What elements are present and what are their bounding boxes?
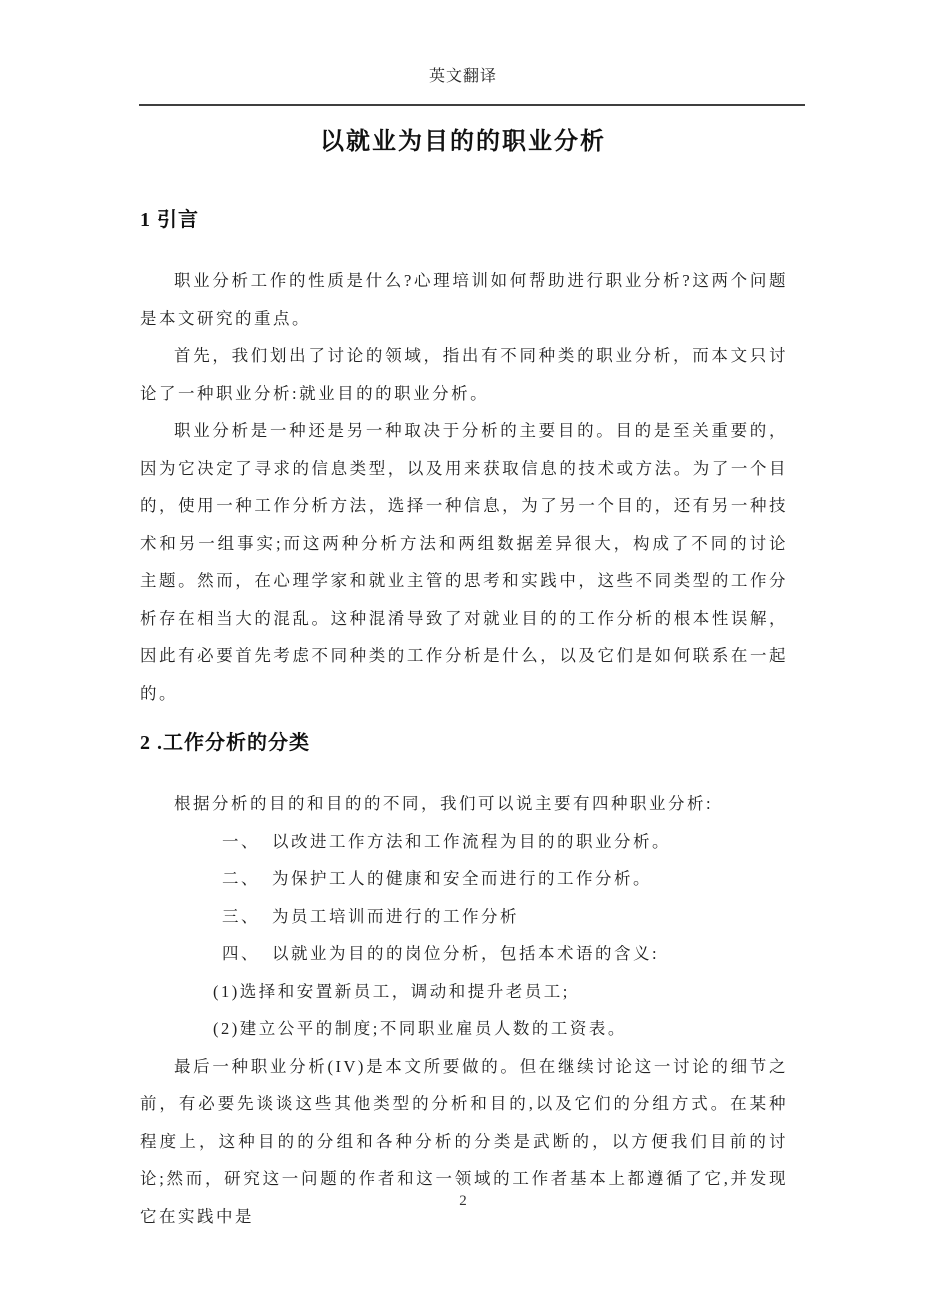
section-introduction: 1 引言 职业分析工作的性质是什么?心理培训如何帮助进行职业分析?这两个问题是本… <box>140 205 788 712</box>
paragraph-1: 职业分析工作的性质是什么?心理培训如何帮助进行职业分析?这两个问题是本文研究的重… <box>140 262 788 337</box>
paragraph-3: 职业分析是一种还是另一种取决于分析的主要目的。目的是至关重要的，因为它决定了寻求… <box>140 412 788 712</box>
list-item-3: 三、 为员工培训而进行的工作分析 <box>222 898 788 936</box>
list-text: 为员工培训而进行的工作分析 <box>272 898 788 936</box>
list-text: 以就业为目的的岗位分析，包括本术语的含义: <box>272 935 788 973</box>
sub-list-text: 选择和安置新员工，调动和提升老员工; <box>240 982 570 1001</box>
list-marker: 三、 <box>222 898 272 936</box>
paragraph-4: 根据分析的目的和目的的不同，我们可以说主要有四种职业分析: <box>140 785 788 823</box>
list-marker: 一、 <box>222 823 272 861</box>
paragraph-2: 首先，我们划出了讨论的领域，指出有不同种类的职业分析，而本文只讨论了一种职业分析… <box>140 337 788 412</box>
section-2-heading: 2 .工作分析的分类 <box>140 728 788 758</box>
sub-list-marker: (2) <box>213 1019 240 1038</box>
header-text: 英文翻译 <box>429 68 497 85</box>
header-divider <box>139 104 805 106</box>
document-page: 英文翻译 以就业为目的的职业分析 1 引言 职业分析工作的性质是什么?心理培训如… <box>0 0 926 1309</box>
list-item-2: 二、 为保护工人的健康和安全而进行的工作分析。 <box>222 860 788 898</box>
sub-list-item-2: (2)建立公平的制度;不同职业雇员人数的工资表。 <box>213 1010 788 1048</box>
sub-list-text: 建立公平的制度;不同职业雇员人数的工资表。 <box>240 1019 627 1038</box>
list-text: 以改进工作方法和工作流程为目的的职业分析。 <box>272 823 788 861</box>
list-marker: 二、 <box>222 860 272 898</box>
list-text: 为保护工人的健康和安全而进行的工作分析。 <box>272 860 788 898</box>
section-1-heading: 1 引言 <box>140 205 788 235</box>
sub-list-item-1: (1)选择和安置新员工，调动和提升老员工; <box>213 973 788 1011</box>
list-item-4: 四、 以就业为目的的岗位分析，包括本术语的含义: <box>222 935 788 973</box>
list-marker: 四、 <box>222 935 272 973</box>
list-item-1: 一、 以改进工作方法和工作流程为目的的职业分析。 <box>222 823 788 861</box>
section-classification: 2 .工作分析的分类 根据分析的目的和目的的不同，我们可以说主要有四种职业分析:… <box>140 728 788 1235</box>
document-title: 以就业为目的的职业分析 <box>0 121 926 156</box>
page-header: 英文翻译 <box>0 63 926 86</box>
page-number: 2 <box>0 1193 926 1210</box>
sub-list-marker: (1) <box>213 982 240 1001</box>
